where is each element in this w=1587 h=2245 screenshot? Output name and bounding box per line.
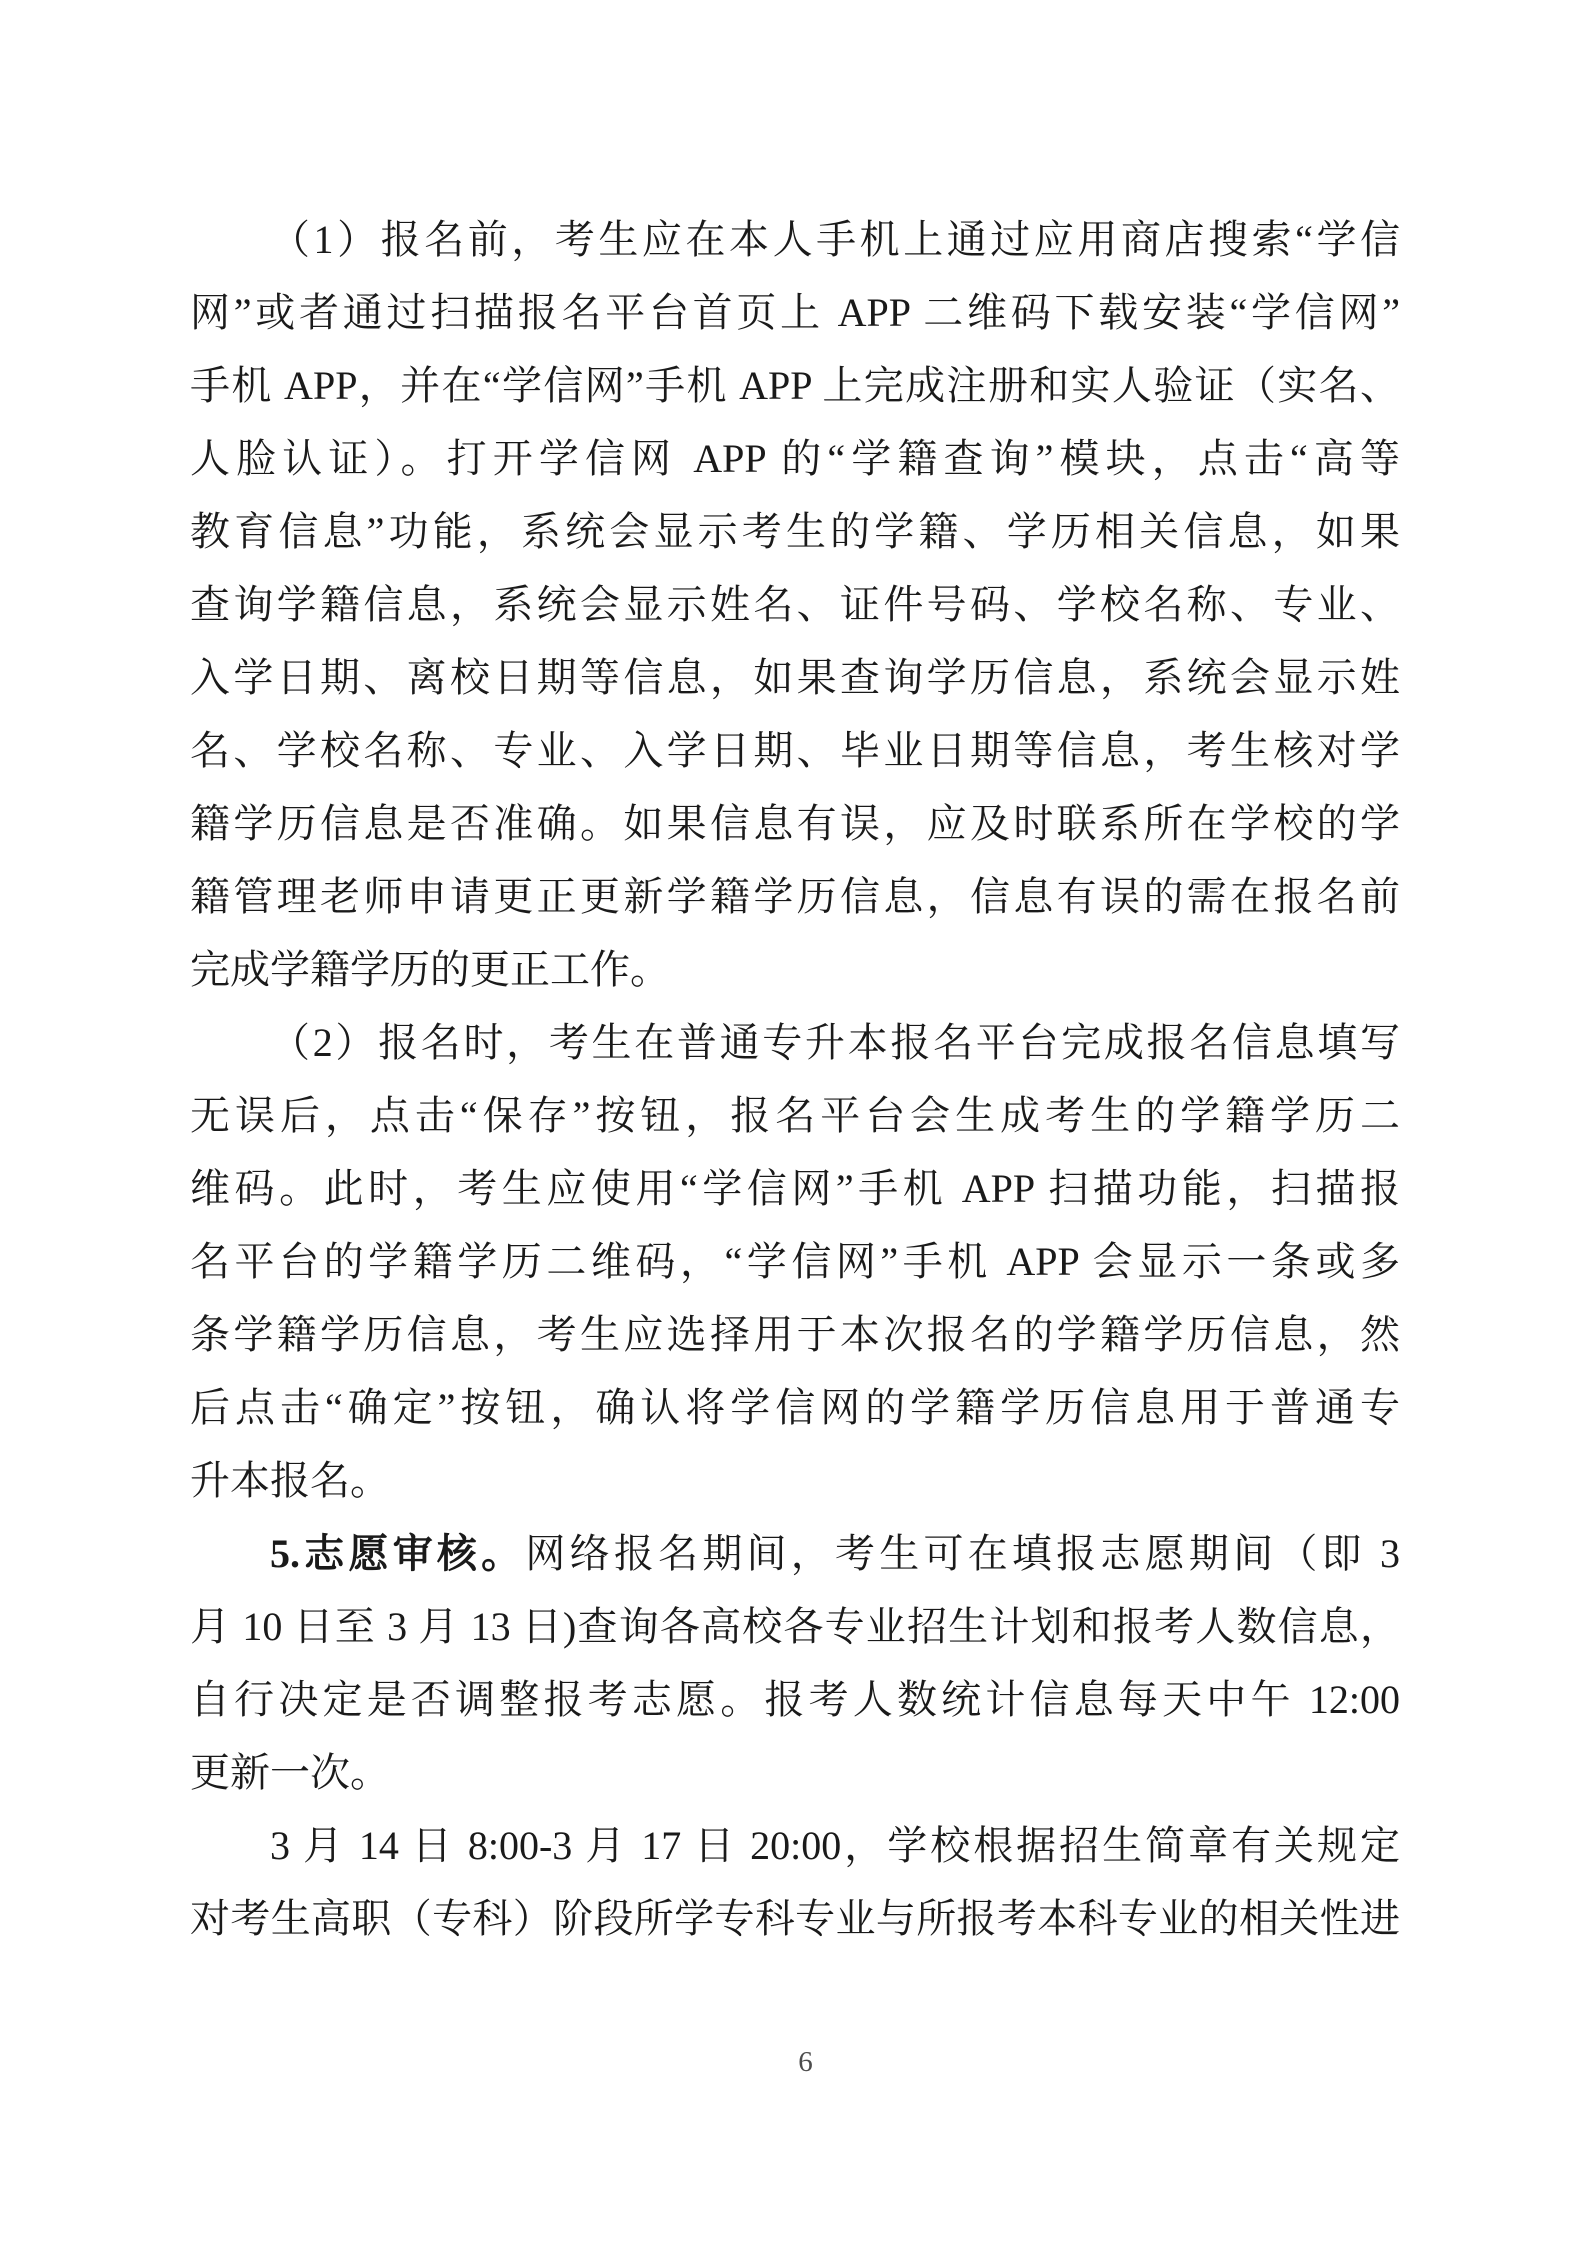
paragraph-line: 手机 APP，并在“学信网”手机 APP 上完成注册和实人验证（实名、	[190, 349, 1400, 422]
section-heading-rest: 网络报名期间，考生可在填报志愿期间（即 3	[525, 1531, 1400, 1576]
paragraph-line: 籍学历信息是否准确。如果信息有误，应及时联系所在学校的学	[190, 787, 1400, 860]
paragraph-line: 后点击“确定”按钮，确认将学信网的学籍学历信息用于普通专	[190, 1371, 1400, 1444]
page-number: 6	[24, 2042, 1587, 2082]
paragraph-line: 升本报名。	[190, 1444, 1400, 1517]
paragraph-line: 自行决定是否调整报考志愿。报考人数统计信息每天中午 12:00	[190, 1663, 1400, 1736]
paragraph-line: 籍管理老师申请更正更新学籍学历信息，信息有误的需在报名前	[190, 860, 1400, 933]
paragraph-line: 网”或者通过扫描报名平台首页上 APP 二维码下载安装“学信网”	[190, 276, 1400, 349]
paragraph-line: 人脸认证）。打开学信网 APP 的“学籍查询”模块，点击“高等	[190, 422, 1400, 495]
paragraph-line: （2）报名时，考生在普通专升本报名平台完成报名信息填写	[190, 1006, 1400, 1079]
paragraph-line: 无误后，点击“保存”按钮，报名平台会生成考生的学籍学历二	[190, 1079, 1400, 1152]
paragraph-line: 查询学籍信息，系统会显示姓名、证件号码、学校名称、专业、	[190, 568, 1400, 641]
paragraph-line: 更新一次。	[190, 1736, 1400, 1809]
paragraph-line: 对考生高职（专科）阶段所学专科专业与所报考本科专业的相关性进	[190, 1882, 1400, 1955]
document-page: （1）报名前，考生应在本人手机上通过应用商店搜索“学信 网”或者通过扫描报名平台…	[0, 0, 1587, 2245]
paragraph-line: 完成学籍学历的更正工作。	[190, 933, 1400, 1006]
paragraph-line: 3 月 14 日 8:00-3 月 17 日 20:00，学校根据招生简章有关规…	[190, 1809, 1400, 1882]
section-heading-bold: 5.志愿审核。	[270, 1531, 525, 1576]
paragraph-line: 月 10 日至 3 月 13 日)查询各高校各专业招生计划和报考人数信息，	[190, 1590, 1400, 1663]
paragraph-line: 入学日期、离校日期等信息，如果查询学历信息，系统会显示姓	[190, 641, 1400, 714]
paragraph-line: 维码。此时，考生应使用“学信网”手机 APP 扫描功能，扫描报	[190, 1152, 1400, 1225]
paragraph-line: 名平台的学籍学历二维码，“学信网”手机 APP 会显示一条或多	[190, 1225, 1400, 1298]
document-body: （1）报名前，考生应在本人手机上通过应用商店搜索“学信 网”或者通过扫描报名平台…	[190, 203, 1400, 1955]
paragraph-line: 5.志愿审核。网络报名期间，考生可在填报志愿期间（即 3	[190, 1517, 1400, 1590]
paragraph-line: 条学籍学历信息，考生应选择用于本次报名的学籍学历信息，然	[190, 1298, 1400, 1371]
paragraph-line: 教育信息”功能，系统会显示考生的学籍、学历相关信息，如果	[190, 495, 1400, 568]
paragraph-line: 名、学校名称、专业、入学日期、毕业日期等信息，考生核对学	[190, 714, 1400, 787]
paragraph-line: （1）报名前，考生应在本人手机上通过应用商店搜索“学信	[190, 203, 1400, 276]
